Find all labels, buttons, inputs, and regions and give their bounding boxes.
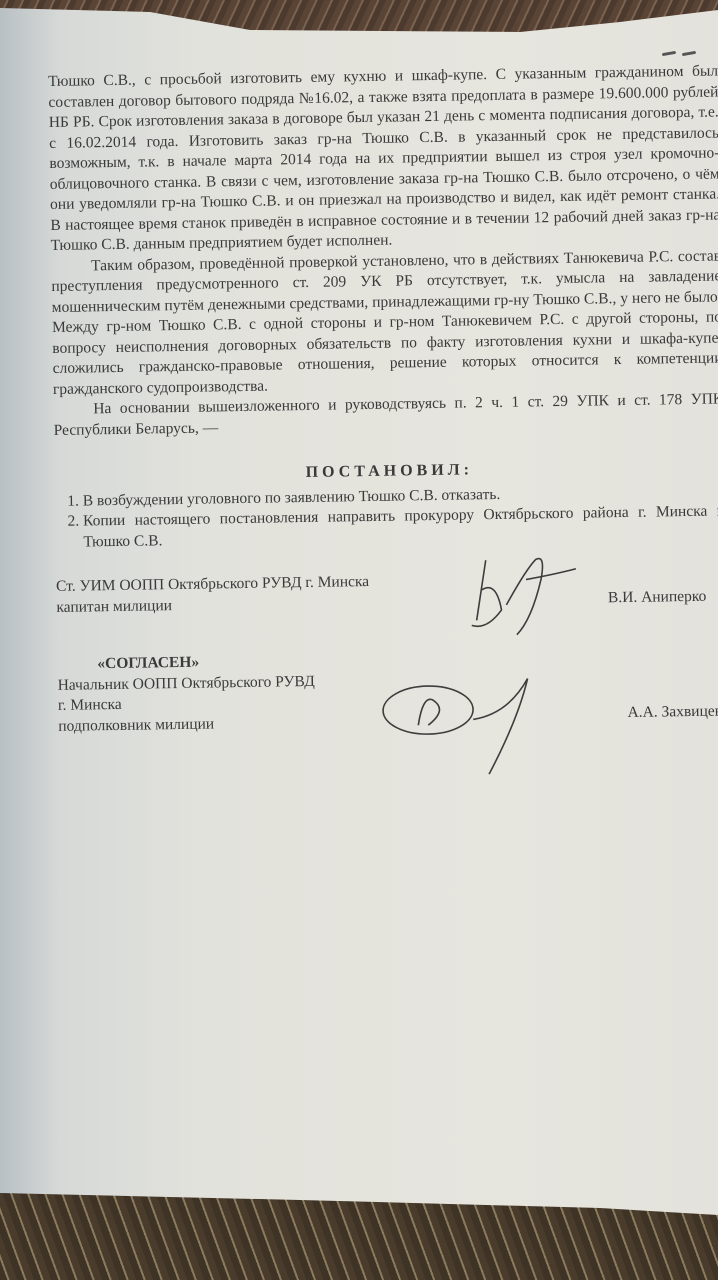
signer1-rank: капитан милиции — [56, 593, 369, 618]
resolution-list: В возбуждении уголовного по заявлению Тю… — [55, 481, 718, 553]
approver-name: А.А. Захвицевич — [627, 701, 718, 723]
paragraph-conclusion: Таким образом, проведённой проверкой уст… — [51, 246, 718, 400]
handwritten-signature-1 — [456, 549, 587, 641]
resolution-item: Копии настоящего постановления направить… — [83, 501, 718, 552]
approval-block: «СОГЛАСЕН» Начальник ООПП Октябрьского Р… — [57, 644, 718, 755]
document-body: Тюшко С.В., с просьбой изготовить ему ку… — [48, 61, 718, 755]
signer1-name: В.И. Аниперко — [608, 587, 707, 609]
paragraph-continuation: Тюшко С.В., с просьбой изготовить ему ку… — [48, 61, 718, 256]
pen-mark — [662, 42, 702, 48]
handwritten-signature-2 — [377, 667, 579, 780]
signature-block-1: Ст. УИМ ООПП Октябрьского РУВД г. Минска… — [56, 566, 718, 629]
